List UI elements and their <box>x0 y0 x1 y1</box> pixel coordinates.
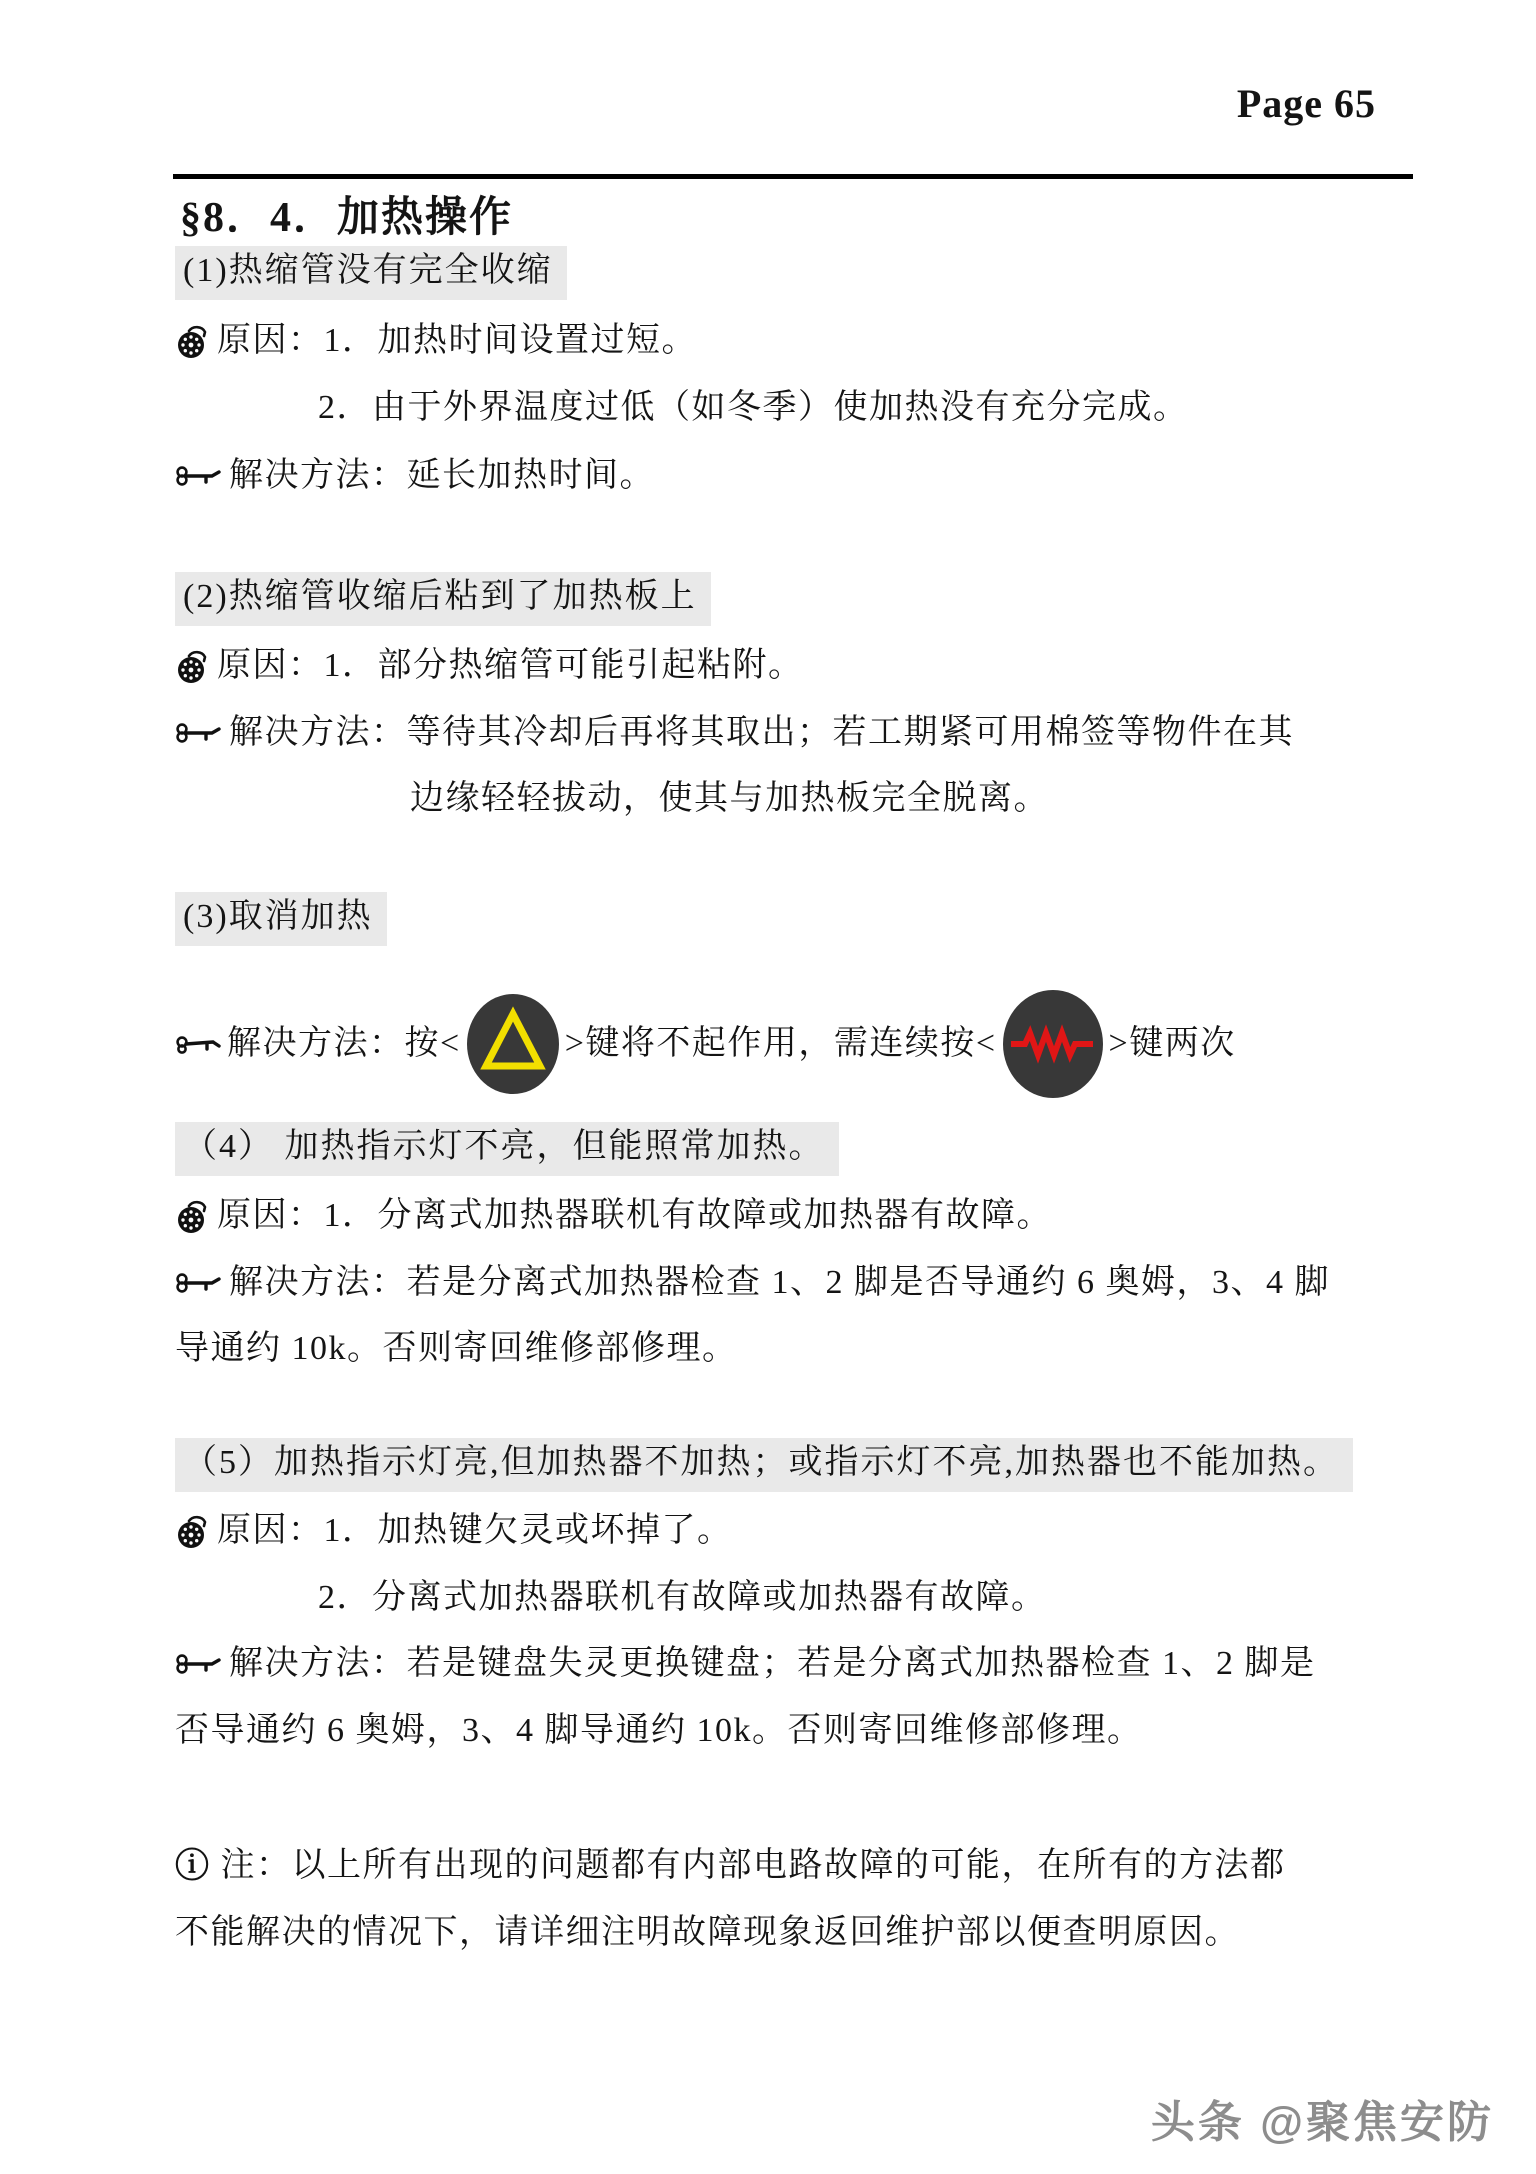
cause-text: 2．由于外界温度过低（如冬季）使加热没有充分完成。 <box>318 387 1189 430</box>
section-5-cause-line: 原因：1．加热键欠灵或坏掉了。 <box>175 1510 733 1553</box>
section-1-cause-line: 原因：1．加热时间设置过短。 <box>175 320 697 363</box>
note-line-2: 不能解决的情况下，请详细注明故障现象返回维护部以便查明原因。 <box>175 1912 1240 1955</box>
solution-text: 解决方法：等待其冷却后再将其取出；若工期紧可用棉签等物件在其 <box>229 712 1294 755</box>
section-2-heading-wrap: (2)热缩管收缩后粘到了加热板上 <box>175 572 711 626</box>
cancel-key-icon <box>465 992 561 1096</box>
key-icon <box>175 1032 223 1056</box>
page-title: §8．4．加热操作 <box>180 184 513 244</box>
section-3-heading-wrap: (3)取消加热 <box>175 892 387 946</box>
section-5-cause-line-2: 2．分离式加热器联机有故障或加热器有故障。 <box>318 1577 1047 1620</box>
section-1-solution-line: 解决方法：延长加热时间。 <box>175 455 655 498</box>
solution-text: 导通约 10k。否则寄回维修部修理。 <box>175 1328 738 1371</box>
page-number: Page 65 <box>1237 80 1376 127</box>
section-1-heading: (1)热缩管没有完全收缩 <box>175 246 567 300</box>
note-text: 注：以上所有出现的问题都有内部电路故障的可能，在所有的方法都 <box>221 1845 1286 1888</box>
solution-text: 解决方法：若是分离式加热器检查 1、2 脚是否导通约 6 奥姆，3、4 脚 <box>229 1262 1330 1305</box>
key-icon <box>175 1271 223 1295</box>
header-rule <box>173 174 1413 179</box>
cause-text: 原因：1．加热键欠灵或坏掉了。 <box>217 1510 733 1553</box>
solution-text: >键将不起作用，需连续按< <box>565 1023 997 1066</box>
section-5-heading: （5）加热指示灯亮,但加热器不加热；或指示灯不亮,加热器也不能加热。 <box>175 1438 1353 1492</box>
solution-text: 解决方法：若是键盘失灵更换键盘；若是分离式加热器检查 1、2 脚是 <box>229 1643 1316 1686</box>
solution-text: 解决方法：延长加热时间。 <box>229 455 655 498</box>
rotary-phone-icon <box>175 647 211 685</box>
section-2-solution-line: 解决方法：等待其冷却后再将其取出；若工期紧可用棉签等物件在其 <box>175 712 1294 755</box>
heat-key-icon <box>1001 988 1105 1100</box>
solution-text: >键两次 <box>1109 1023 1236 1066</box>
rotary-phone-icon <box>175 1197 211 1235</box>
key-icon <box>175 721 223 745</box>
note-text: 不能解决的情况下，请详细注明故障现象返回维护部以便查明原因。 <box>175 1912 1240 1955</box>
section-4-heading: （4） 加热指示灯不亮，但能照常加热。 <box>175 1122 839 1176</box>
section-2-cause-line: 原因：1．部分热缩管可能引起粘附。 <box>175 645 804 688</box>
section-5-solution-line: 解决方法：若是键盘失灵更换键盘；若是分离式加热器检查 1、2 脚是 <box>175 1643 1316 1686</box>
section-3-heading: (3)取消加热 <box>175 892 387 946</box>
section-4-solution-line: 解决方法：若是分离式加热器检查 1、2 脚是否导通约 6 奥姆，3、4 脚 <box>175 1262 1330 1305</box>
section-4-solution-line-2: 导通约 10k。否则寄回维修部修理。 <box>175 1328 738 1371</box>
rotary-phone-icon <box>175 322 211 360</box>
section-5-heading-wrap: （5）加热指示灯亮,但加热器不加热；或指示灯不亮,加热器也不能加热。 <box>175 1438 1353 1492</box>
section-2-heading: (2)热缩管收缩后粘到了加热板上 <box>175 572 711 626</box>
section-3-solution-line: 解决方法：按< >键将不起作用，需连续按< >键两次 <box>175 985 1236 1103</box>
section-4-cause-line: 原因：1．分离式加热器联机有故障或加热器有故障。 <box>175 1195 1052 1238</box>
cause-text: 原因：1．加热时间设置过短。 <box>217 320 697 363</box>
cause-text: 原因：1．部分热缩管可能引起粘附。 <box>217 645 804 688</box>
info-icon: ⓘ <box>175 1845 211 1888</box>
section-4-heading-wrap: （4） 加热指示灯不亮，但能照常加热。 <box>175 1122 839 1176</box>
rotary-phone-icon <box>175 1512 211 1550</box>
watermark: 头条 @聚焦安防 <box>1151 2086 1494 2150</box>
solution-text: 解决方法：按< <box>227 1023 461 1066</box>
cause-text: 2．分离式加热器联机有故障或加热器有故障。 <box>318 1577 1047 1620</box>
cause-text: 原因：1．分离式加热器联机有故障或加热器有故障。 <box>217 1195 1052 1238</box>
key-icon <box>175 1652 223 1676</box>
section-1-heading-wrap: (1)热缩管没有完全收缩 <box>175 246 567 300</box>
section-5-solution-line-2: 否导通约 6 奥姆，3、4 脚导通约 10k。否则寄回维修部修理。 <box>175 1710 1143 1753</box>
document-page: Page 65 §8．4．加热操作 (1)热缩管没有完全收缩 原因：1．加热时间… <box>0 0 1536 2174</box>
section-1-cause-line-2: 2．由于外界温度过低（如冬季）使加热没有充分完成。 <box>318 387 1189 430</box>
solution-text: 否导通约 6 奥姆，3、4 脚导通约 10k。否则寄回维修部修理。 <box>175 1710 1143 1753</box>
note-line-1: ⓘ 注：以上所有出现的问题都有内部电路故障的可能，在所有的方法都 <box>175 1845 1286 1888</box>
section-2-solution-line-2: 边缘轻轻拔动，使其与加热板完全脱离。 <box>410 778 1049 821</box>
solution-text: 边缘轻轻拔动，使其与加热板完全脱离。 <box>410 778 1049 821</box>
key-icon <box>175 464 223 488</box>
